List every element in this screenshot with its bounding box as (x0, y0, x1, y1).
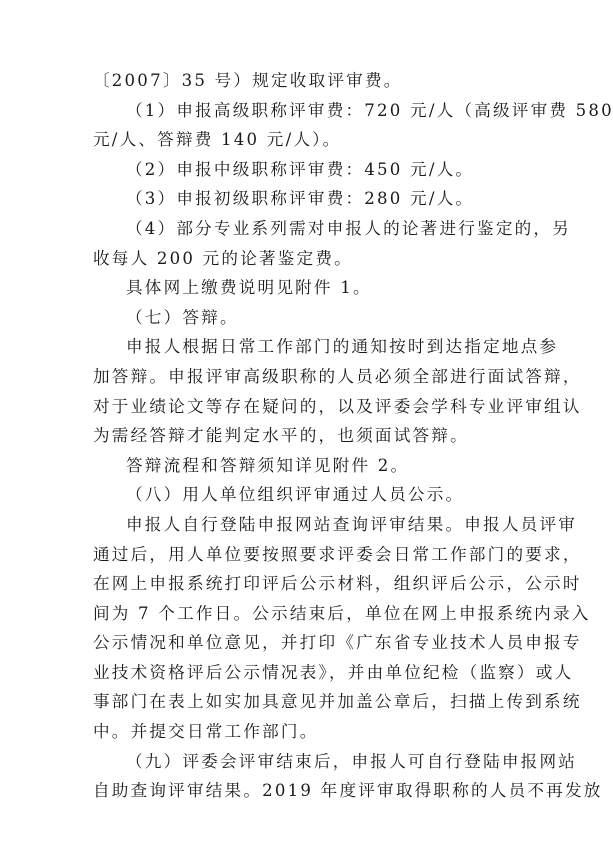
text-line: 间为 7 个工作日。公示结束后，单位在网上申报系统内录入 (93, 599, 525, 629)
text-line: 〔2007〕35 号）规定收取评审费。 (93, 66, 525, 96)
text-line: 业技术资格评后公示情况表》，并由单位纪检（监察）或人 (93, 658, 525, 688)
text-line: 自助查询评审结果。2019 年度评审取得职称的人员不再发放 (93, 776, 525, 806)
fee-item-1: （1）申报高级职称评审费：720 元/人（高级评审费 580 (93, 96, 525, 126)
text-line: 中。并提交日常工作部门。 (93, 717, 525, 747)
section-heading-8: （八）用人单位组织评审通过人员公示。 (93, 480, 525, 510)
payment-note: 具体网上缴费说明见附件 1。 (93, 273, 525, 303)
section-heading-9: （九）评委会评审结束后，申报人可自行登陆申报网站 (93, 747, 525, 777)
text-line: 为需经答辩才能判定水平的，也须面试答辩。 (93, 421, 525, 451)
text-line: 收每人 200 元的论著鉴定费。 (93, 244, 525, 274)
fee-item-3: （3）申报初级职称评审费：280 元/人。 (93, 184, 525, 214)
fee-item-4: （4）部分专业系列需对申报人的论著进行鉴定的，另 (93, 214, 525, 244)
text-line: 申报人自行登陆申报网站查询评审结果。申报人员评审 (93, 510, 525, 540)
text-line: 申报人根据日常工作部门的通知按时到达指定地点参 (93, 332, 525, 362)
text-line: 在网上申报系统打印评后公示材料，组织评后公示，公示时 (93, 569, 525, 599)
text-line: 加答辩。申报评审高级职称的人员必须全部进行面试答辩， (93, 362, 525, 392)
text-line: 事部门在表上如实加具意见并加盖公章后，扫描上传到系统 (93, 687, 525, 717)
section-heading-7: （七）答辩。 (93, 303, 525, 333)
text-line: 对于业绩论文等存在疑问的，以及评委会学科专业评审组认 (93, 392, 525, 422)
text-line: 通过后，用人单位要按照要求评委会日常工作部门的要求， (93, 540, 525, 570)
fee-item-2: （2）申报中级职称评审费：450 元/人。 (93, 155, 525, 185)
defense-note: 答辩流程和答辩须知详见附件 2。 (93, 451, 525, 481)
text-line: 公示情况和单位意见，并打印《广东省专业技术人员申报专 (93, 628, 525, 658)
text-line: 元/人、答辩费 140 元/人）。 (93, 125, 525, 155)
document-page: 〔2007〕35 号）规定收取评审费。 （1）申报高级职称评审费：720 元/人… (93, 66, 525, 806)
